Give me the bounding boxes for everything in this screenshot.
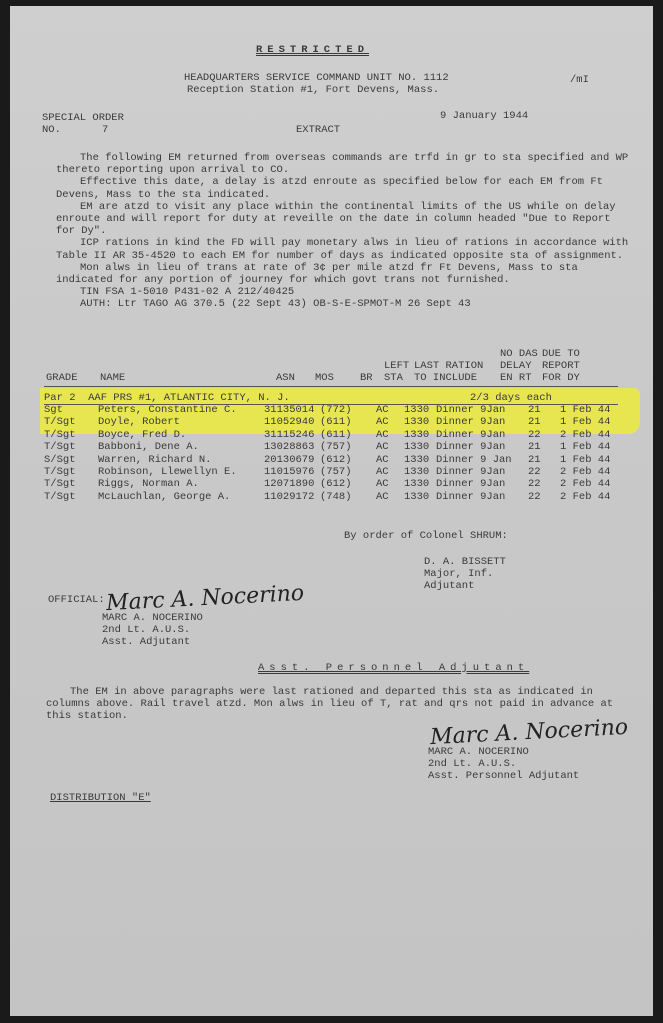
cell-name: Doyle, Robert [98,416,264,428]
header-br: BR [360,372,373,384]
cell-mos: (757) [320,466,376,478]
cell-left-sta: 1330 [404,416,436,428]
cell-asn: 11015976 [264,466,320,478]
cell-ration: Dinner 9Jan [436,466,528,478]
header-name: NAME [100,372,125,384]
paragraph-heading: Par 2 AAF PRS #1, ATLANTIC CITY, N. J. [44,392,290,404]
cell-mos: (612) [320,478,376,490]
table-row: Sgt Peters, Constantine C. 31135014 (772… [44,404,630,416]
cell-grade: T/Sgt [44,478,98,490]
cell-asn: 12071890 [264,478,320,490]
classification-heading: RESTRICTED [256,44,369,56]
cell-ration: Dinner 9Jan [436,441,528,453]
cell-name: Robinson, Llewellyn E. [98,466,264,478]
cell-due: 2 Feb 44 [560,478,630,490]
header-asn: ASN [276,372,295,384]
cell-grade: T/Sgt [44,466,98,478]
table-row: T/Sgt Riggs, Norman A. 12071890 (612) AC… [44,478,630,490]
body-paragraph: The following EM returned from overseas … [56,152,631,176]
cell-left-sta: 1330 [404,466,436,478]
cell-delay: 22 [528,478,560,490]
cell-due: 2 Feb 44 [560,466,630,478]
header-left-2: STA [384,372,403,384]
order-date: 9 January 1944 [440,110,528,122]
station-heading: Reception Station #1, Fort Devens, Mass. [187,84,439,96]
header-ration-2: TO INCLUDE [414,372,477,384]
special-order-label: SPECIAL ORDER [42,112,124,124]
certificate-signer-name: MARC A. NOCERINO [428,746,529,758]
cell-ration: Dinner 9 Jan [436,454,528,466]
cell-br: AC [376,416,404,428]
cell-delay: 21 [528,404,560,416]
tin-line: TIN FSA 1-5010 P431-02 A 212/40425 [56,286,631,298]
header-left-1: LEFT [384,360,409,372]
cell-mos: (611) [320,416,376,428]
certificate-body: The EM in above paragraphs were last rat… [46,686,626,723]
certificate-heading: Asst. Personnel Adjutant [258,662,529,674]
header-delay-1: NO DAS [500,348,538,360]
by-order-line: By order of Colonel SHRUM: [344,530,508,542]
cell-due: 1 Feb 44 [560,454,630,466]
table-row: S/Sgt Warren, Richard N. 20130679 (612) … [44,454,630,466]
cell-grade: T/Sgt [44,491,98,503]
cell-grade: T/Sgt [44,441,98,453]
adjutant-name: D. A. BISSETT [424,556,506,568]
cell-asn: 13028863 [264,441,320,453]
adjutant-rank: Major, Inf. [424,568,493,580]
cell-asn: 31115246 [264,429,320,441]
cell-due: 1 Feb 44 [560,416,630,428]
header-rule [44,386,618,387]
header-mos: MOS [315,372,334,384]
cell-left-sta: 1330 [404,404,436,416]
cell-grade: Sgt [44,404,98,416]
table-row: T/Sgt McLauchlan, George A. 11029172 (74… [44,491,630,503]
auth-line: AUTH: Ltr TAGO AG 370.5 (22 Sept 43) OB-… [56,298,631,310]
cell-asn: 31135014 [264,404,320,416]
unit-heading: HEADQUARTERS SERVICE COMMAND UNIT NO. 11… [184,72,449,84]
cell-br: AC [376,441,404,453]
cell-left-sta: 1330 [404,429,436,441]
adjutant-title: Adjutant [424,580,474,592]
cell-name: Riggs, Norman A. [98,478,264,490]
cell-mos: (772) [320,404,376,416]
cell-asn: 11052940 [264,416,320,428]
paragraph-days: 2/3 days each [470,392,552,404]
typist-initials: /mI [570,74,589,86]
official-title: Asst. Adjutant [102,636,190,648]
cell-ration: Dinner 9Jan [436,404,528,416]
cell-delay: 22 [528,429,560,441]
order-number-label: NO. [42,124,61,136]
cell-due: 2 Feb 44 [560,491,630,503]
body-paragraph: EM are atzd to visit any place within th… [56,201,631,238]
cell-left-sta: 1330 [404,454,436,466]
table-row: T/Sgt Robinson, Llewellyn E. 11015976 (7… [44,466,630,478]
order-body: The following EM returned from overseas … [56,152,631,311]
header-ration-1: LAST RATION [414,360,483,372]
cell-delay: 22 [528,491,560,503]
body-paragraph: Mon alws in lieu of trans at rate of 3¢ … [56,262,631,286]
cell-due: 2 Feb 44 [560,429,630,441]
official-signature: Marc A. Nocerino [105,581,304,616]
extract-label: EXTRACT [296,124,340,136]
cell-delay: 22 [528,466,560,478]
cell-ration: Dinner 9Jan [436,478,528,490]
certificate-signer-rank: 2nd Lt. A.U.S. [428,758,516,770]
cell-name: Peters, Constantine C. [98,404,264,416]
cell-delay: 21 [528,416,560,428]
header-delay-3: EN RT [500,372,532,384]
certificate-signer-title: Asst. Personnel Adjutant [428,770,579,782]
header-delay-2: DELAY [500,360,532,372]
cell-name: Warren, Richard N. [98,454,264,466]
cell-grade: S/Sgt [44,454,98,466]
cell-br: AC [376,429,404,441]
cell-left-sta: 1330 [404,478,436,490]
table-row: T/Sgt Boyce, Fred D. 31115246 (611) AC 1… [44,429,630,441]
cell-mos: (612) [320,454,376,466]
cell-name: Babboni, Dene A. [98,441,264,453]
cell-grade: T/Sgt [44,429,98,441]
cell-due: 1 Feb 44 [560,404,630,416]
document-page: RESTRICTED HEADQUARTERS SERVICE COMMAND … [10,6,653,1016]
cell-left-sta: 1330 [404,441,436,453]
official-label: OFFICIAL: [48,594,105,606]
cell-due: 1 Feb 44 [560,441,630,453]
cell-br: AC [376,404,404,416]
body-paragraph: ICP rations in kind the FD will pay mone… [56,237,631,261]
cell-ration: Dinner 9Jan [436,429,528,441]
table-row: T/Sgt Babboni, Dene A. 13028863 (757) AC… [44,441,630,453]
header-due-3: FOR DY [542,372,580,384]
official-rank: 2nd Lt. A.U.S. [102,624,190,636]
cell-mos: (611) [320,429,376,441]
cell-ration: Dinner 9Jan [436,416,528,428]
cell-mos: (757) [320,441,376,453]
cell-name: McLauchlan, George A. [98,491,264,503]
certificate-text: The EM in above paragraphs were last rat… [46,686,626,723]
cell-asn: 11029172 [264,491,320,503]
cell-left-sta: 1330 [404,491,436,503]
body-paragraph: Effective this date, a delay is atzd enr… [56,176,631,200]
table-row: T/Sgt Doyle, Robert 11052940 (611) AC 13… [44,416,630,428]
distribution-line: DISTRIBUTION "E" [50,792,151,804]
cell-br: AC [376,454,404,466]
header-due-2: REPORT [542,360,580,372]
roster-table: Sgt Peters, Constantine C. 31135014 (772… [44,404,630,503]
cell-br: AC [376,491,404,503]
cell-name: Boyce, Fred D. [98,429,264,441]
order-number: 7 [102,124,108,136]
header-grade: GRADE [46,372,78,384]
cell-grade: T/Sgt [44,416,98,428]
cell-delay: 21 [528,454,560,466]
cell-ration: Dinner 9Jan [436,491,528,503]
header-due-1: DUE TO [542,348,580,360]
cell-delay: 21 [528,441,560,453]
cell-asn: 20130679 [264,454,320,466]
official-name: MARC A. NOCERINO [102,612,203,624]
cell-br: AC [376,478,404,490]
cell-mos: (748) [320,491,376,503]
cell-br: AC [376,466,404,478]
